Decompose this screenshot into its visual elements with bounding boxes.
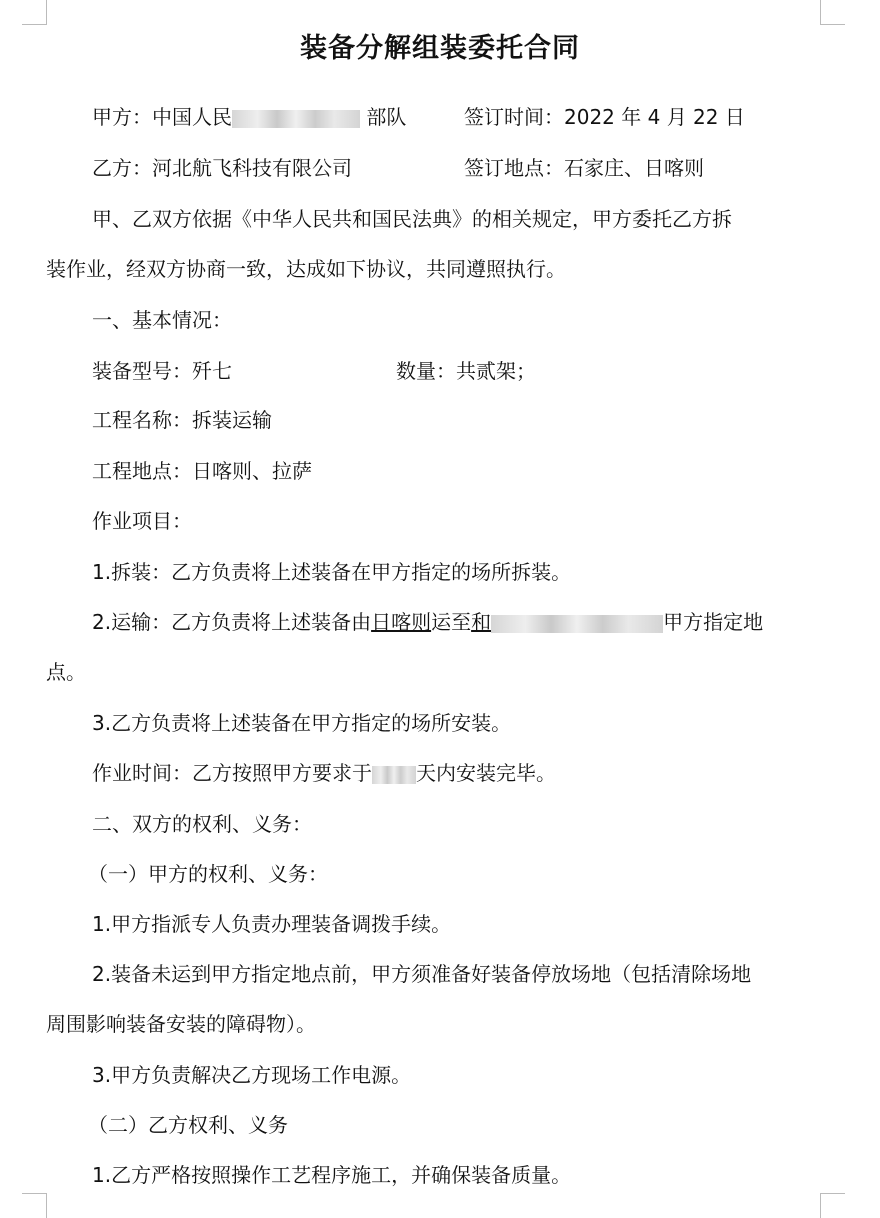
item-3: 3.乙方负责将上述装备在甲方指定的场所安装。 <box>92 709 511 737</box>
items-heading: 作业项目： <box>92 507 192 535</box>
party-a-line: 甲方：中国人民 部队 <box>92 103 406 131</box>
redacted-text <box>491 615 663 633</box>
item-2-cont: 点。 <box>46 658 86 686</box>
item-1: 1.拆装：乙方负责将上述装备在甲方指定的场所拆装。 <box>92 558 571 586</box>
document-title: 装备分解组装委托合同 <box>0 26 880 65</box>
section2-heading: 二、双方的权利、义务： <box>92 810 312 838</box>
page-corner-mark <box>22 1193 47 1218</box>
section1-heading: 一、基本情况： <box>92 306 232 334</box>
party-a-duty-2: 2.装备未运到甲方指定地点前，甲方须准备好装备停放场地（包括清除场地 <box>92 960 751 988</box>
intro-line-1: 甲、乙双方依据《中华人民共和国民法典》的相关规定，甲方委托乙方拆 <box>92 205 732 233</box>
underlined-origin: 日喀则 <box>371 610 431 634</box>
item-2: 2.运输：乙方负责将上述装备由日喀则运至和甲方指定地 <box>92 608 763 636</box>
project-name: 工程名称：拆装运输 <box>92 406 272 434</box>
redacted-text <box>372 766 416 784</box>
sign-time: 签订时间：2022 年 4 月 22 日 <box>464 103 745 131</box>
redacted-text <box>232 110 360 128</box>
work-time: 作业时间：乙方按照甲方要求于天内安装完毕。 <box>92 759 556 787</box>
party-a-suffix: 部队 <box>366 105 406 129</box>
page-corner-mark <box>820 1193 845 1218</box>
subsection-a-heading: （一）甲方的权利、义务： <box>88 860 328 888</box>
subsection-b-heading: （二）乙方权利、义务 <box>88 1111 288 1139</box>
party-a-duty-2-cont: 周围影响装备安装的障碍物）。 <box>46 1010 316 1038</box>
page-corner-mark <box>820 0 845 25</box>
page-corner-mark <box>22 0 47 25</box>
equipment-quantity: 数量：共贰架； <box>396 357 536 385</box>
party-b-duty-1: 1.乙方严格按照操作工艺程序施工，并确保装备质量。 <box>92 1161 571 1189</box>
intro-line-2: 装作业，经双方协商一致，达成如下协议，共同遵照执行。 <box>46 255 566 283</box>
party-b-line: 乙方：河北航飞科技有限公司 <box>92 154 352 182</box>
project-location: 工程地点：日喀则、拉萨 <box>92 457 312 485</box>
equipment-model: 装备型号：歼七 <box>92 357 232 385</box>
party-a-duty-1: 1.甲方指派专人负责办理装备调拨手续。 <box>92 910 451 938</box>
party-a-label: 甲方：中国人民 <box>92 105 232 129</box>
sign-place: 签订地点：石家庄、日喀则 <box>464 154 704 182</box>
party-a-duty-3: 3.甲方负责解决乙方现场工作电源。 <box>92 1061 411 1089</box>
